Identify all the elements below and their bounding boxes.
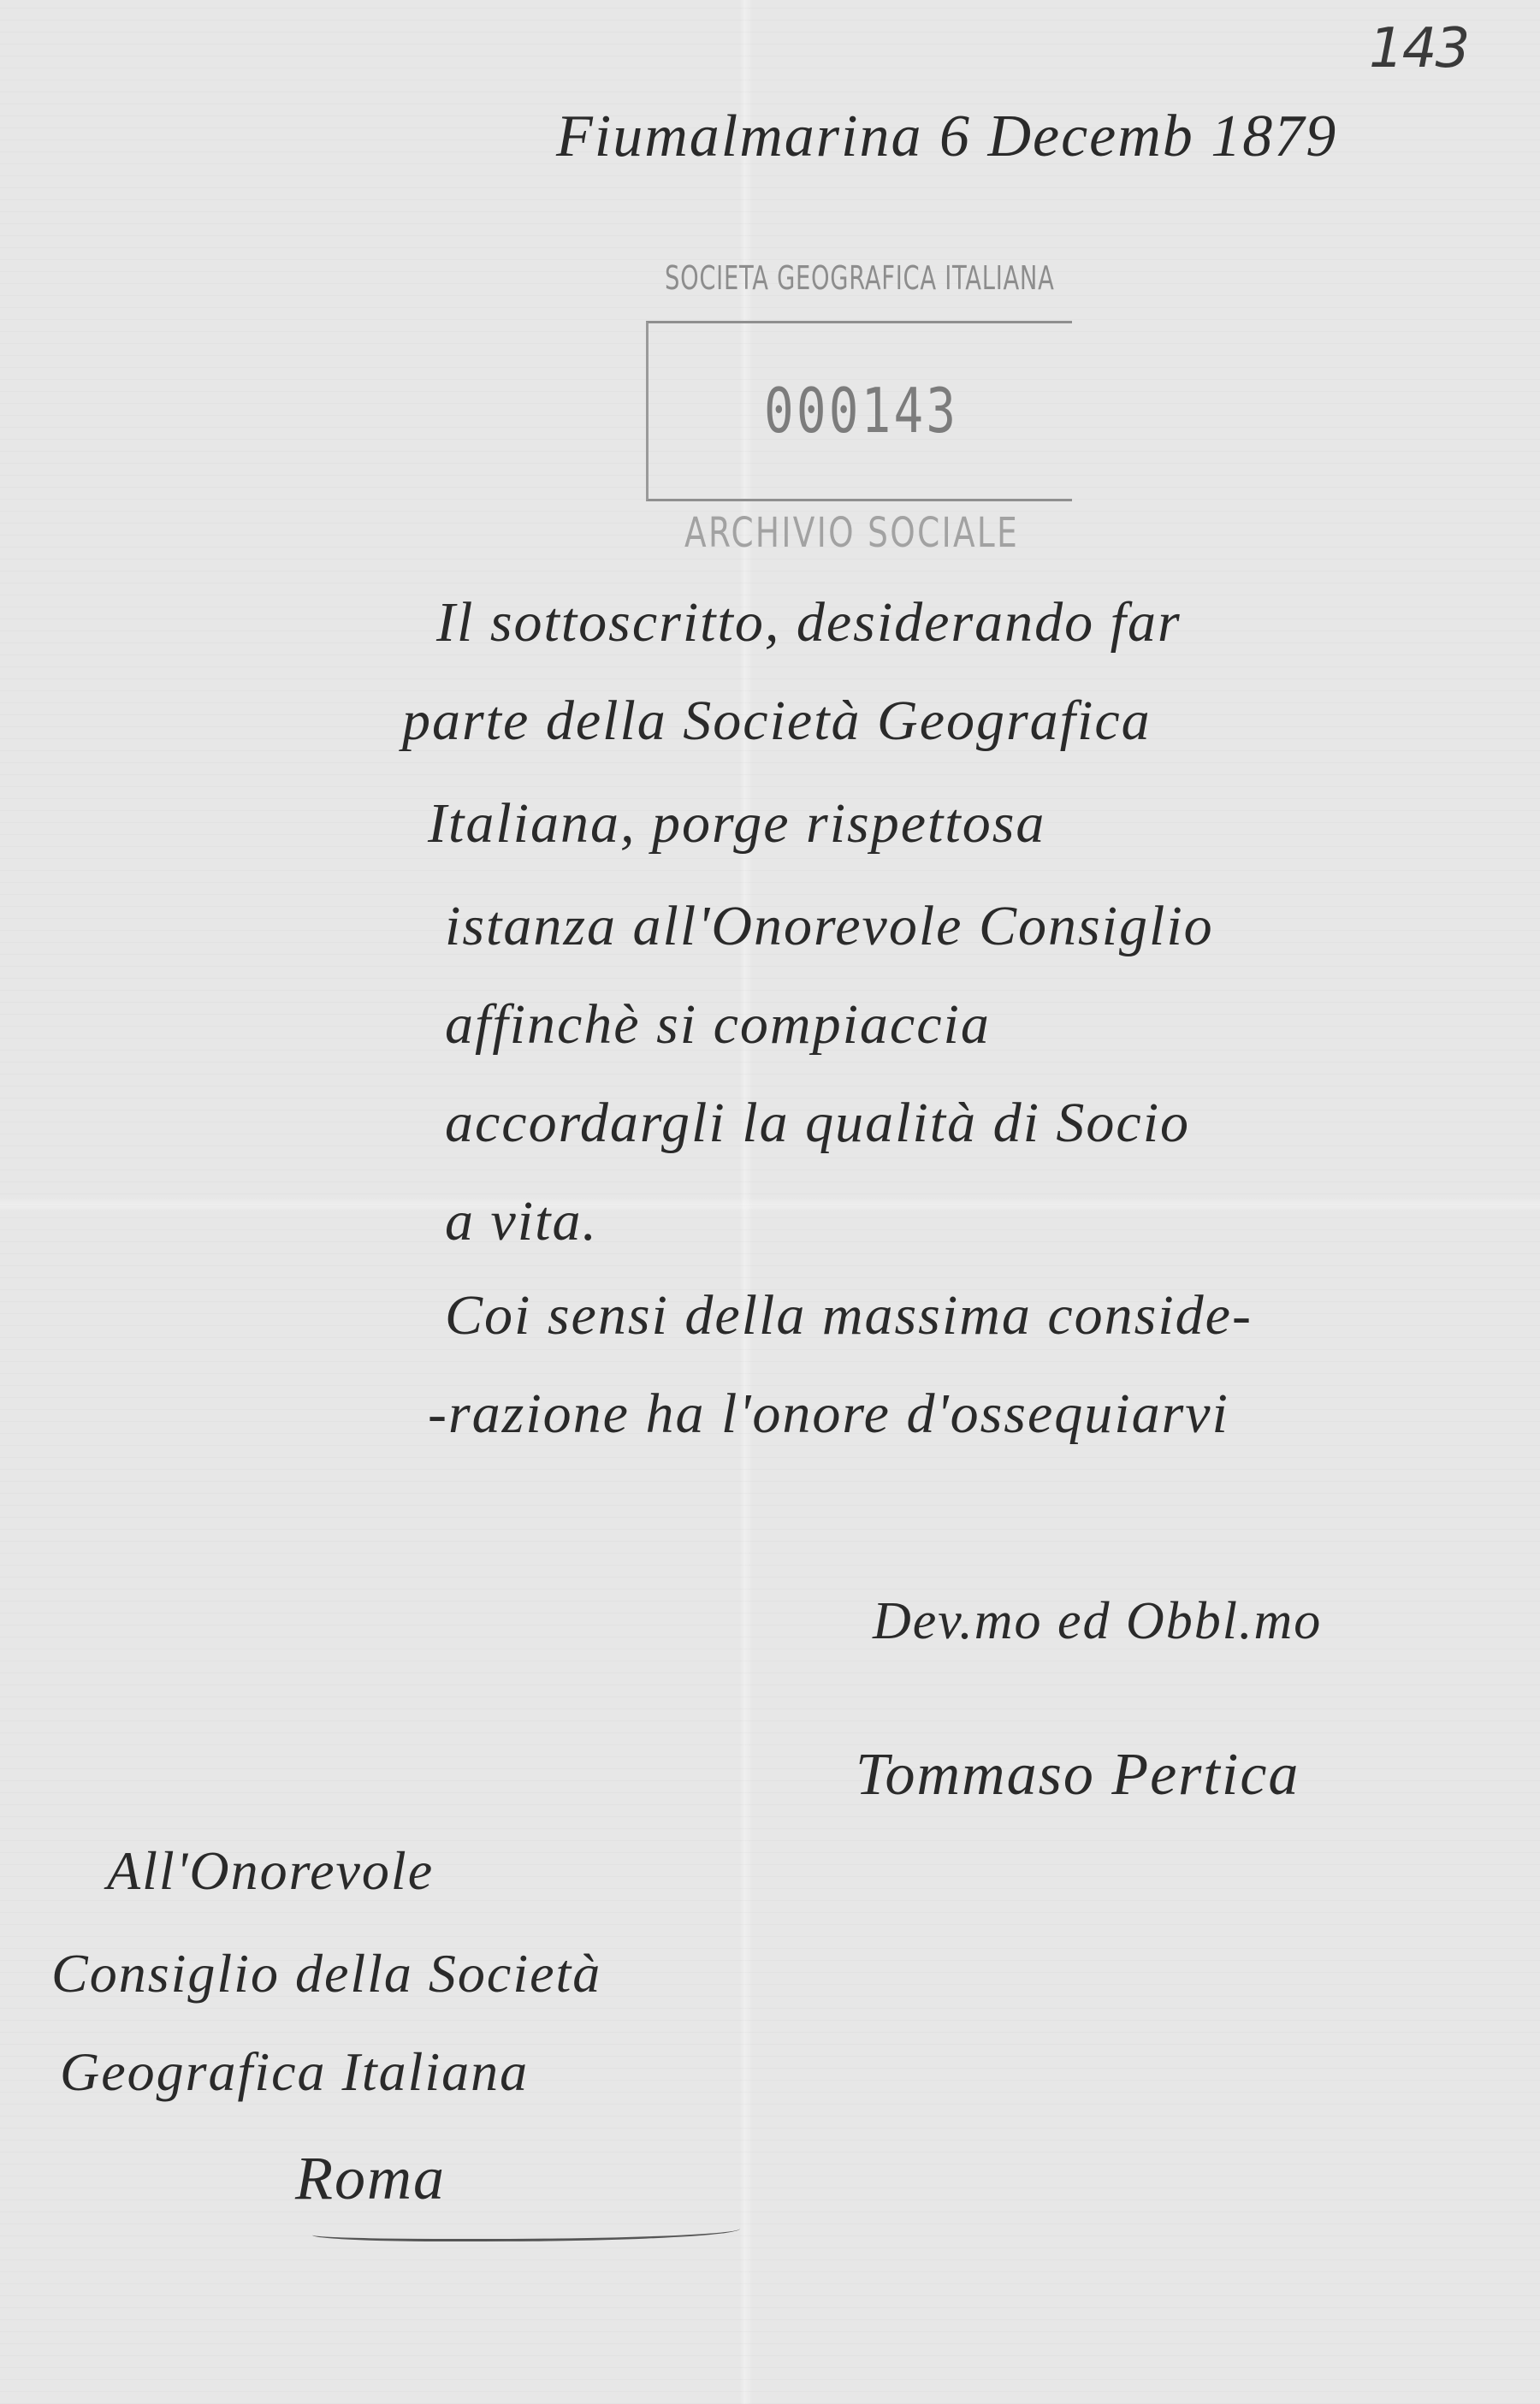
body-line: accordargli la qualità di Socio	[445, 1091, 1190, 1156]
body-line: parte della Società Geografica	[402, 689, 1152, 754]
stamp-society-name: SOCIETA GEOGRAFICA ITALIANA	[665, 259, 985, 297]
folio-number: 143	[1369, 17, 1468, 80]
address-line: All'Onorevole	[107, 1839, 434, 1903]
address-line: Consiglio della Società	[51, 1942, 601, 2005]
closing-salutation: Dev.mo ed Obbl.mo	[873, 1591, 1322, 1652]
address-underline	[312, 2220, 740, 2241]
body-line: Italiana, porge rispettosa	[428, 791, 1045, 856]
stamp-number: 000143	[764, 375, 958, 447]
body-line: affinchè si compiaccia	[445, 992, 991, 1057]
stamp-archive-label: ARCHIVIO SOCIALE	[684, 509, 1019, 557]
body-line: istanza all'Onorevole Consiglio	[445, 894, 1214, 959]
address-line: Geografica Italiana	[60, 2040, 529, 2104]
archive-stamp: SOCIETA GEOGRAFICA ITALIANA 000143 ARCHI…	[646, 244, 1108, 552]
place-date: Fiumalmarina 6 Decemb 1879	[556, 103, 1337, 171]
body-line: -razione ha l'onore d'ossequiarvi	[428, 1382, 1229, 1447]
stamp-frame: 000143	[646, 321, 1072, 501]
signature: Tommaso Pertica	[856, 1741, 1300, 1809]
body-line: a vita.	[445, 1189, 598, 1254]
body-line: Il sottoscritto, desiderando far	[436, 590, 1182, 655]
address-line: Roma	[295, 2143, 446, 2214]
body-line: Coi sensi della massima conside-	[445, 1283, 1253, 1348]
